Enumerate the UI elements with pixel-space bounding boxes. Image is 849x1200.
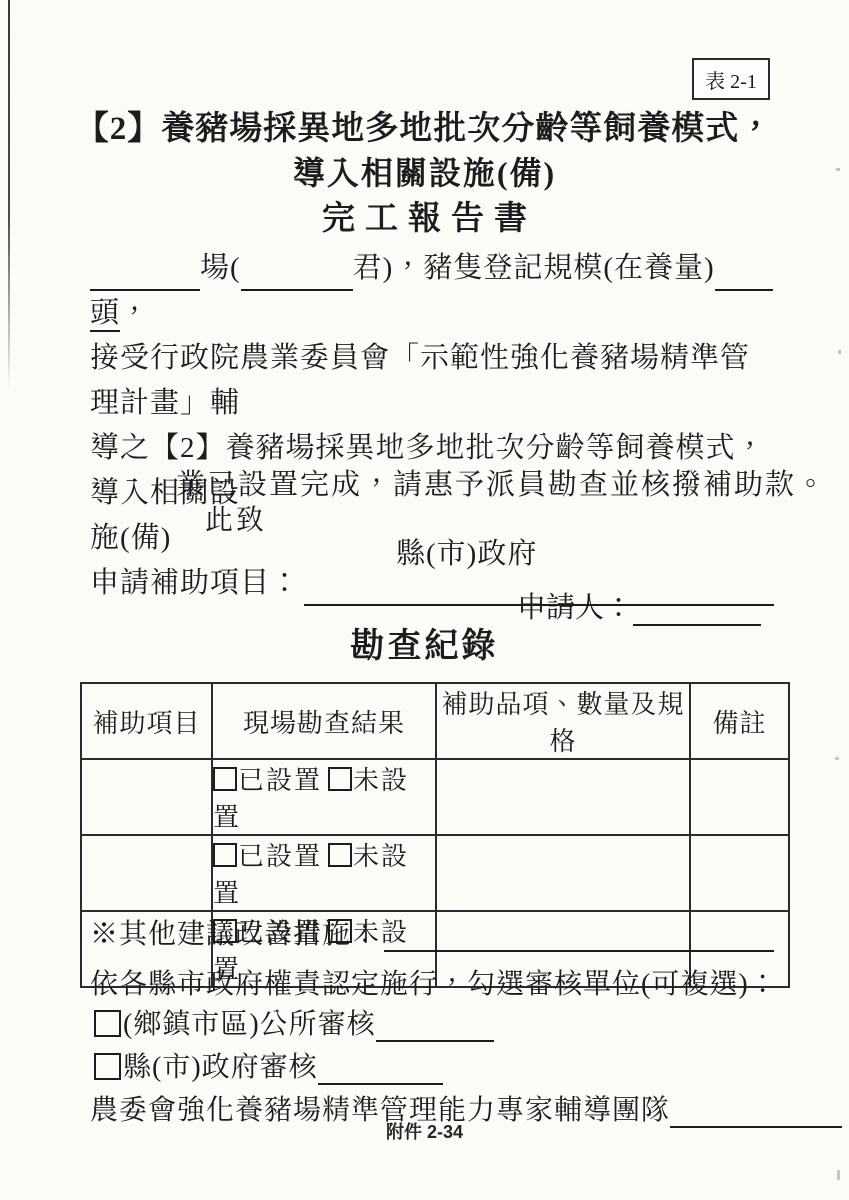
intro-line1-comma: ，: [120, 297, 150, 329]
other-suggestions-blank-field: [384, 917, 774, 952]
township-review-line: (鄉鎮市區)公所審核: [94, 1002, 494, 1042]
county-review-checkbox-icon: [94, 1053, 121, 1080]
item-qty-spec-cell: [436, 835, 690, 911]
completion-statement: 業已設置完成，請惠予派員勘查並核撥補助款。: [176, 462, 827, 503]
apply-items-label: 申請補助項目：: [90, 561, 300, 606]
table-header-row: 補助項目 現場勘查結果 補助品項、數量及規格 備註: [81, 683, 789, 759]
installed-checkbox-icon: [213, 767, 237, 791]
intro-line1-text2: 君)，豬隻登記規模(在養量): [353, 252, 715, 284]
other-suggestions-line: ※其他建議改善措施：: [90, 912, 774, 952]
scan-speck: [838, 350, 841, 354]
scanned-form-page: 表 2-1 【2】養豬場採異地多地批次分齡等飼養模式， 導入相關設施(備) 完工…: [0, 0, 849, 1200]
scan-speck: [837, 1170, 840, 1180]
county-review-blank-field: [318, 1053, 443, 1085]
table-row: 已設置未設置: [81, 759, 789, 835]
survey-record-heading: 勘查紀錄: [0, 618, 849, 667]
not-installed-checkbox-icon: [328, 767, 352, 791]
col-header-item-qty-spec: 補助品項、數量及規格: [436, 683, 690, 759]
installed-label: 已設置: [238, 842, 322, 871]
review-unit-intro: 依各縣市政府權責認定施行，勾選審核單位(可複選)：: [90, 962, 778, 1002]
subsidy-item-cell: [81, 835, 212, 911]
site-result-cell: 已設置未設置: [212, 835, 436, 911]
form-title-line3: 完工報告書: [0, 192, 849, 239]
intro-line1: 場(君)，豬隻登記規模(在養量)頭，: [90, 246, 774, 336]
scan-speck: [835, 757, 839, 760]
county-review-label: 縣(市)政府審核: [123, 1045, 318, 1085]
farm-name-blank-field: [90, 259, 200, 291]
remarks-cell: [690, 835, 789, 911]
not-installed-checkbox-icon: [328, 843, 352, 867]
form-title-line1: 【2】養豬場採異地多地批次分齡等飼養模式，: [0, 102, 849, 149]
site-result-cell: 已設置未設置: [212, 759, 436, 835]
government-label: 縣(市)政府: [396, 531, 537, 572]
intro-line1-text: 場(: [200, 252, 241, 284]
table-row: 已設置未設置: [81, 835, 789, 911]
subsidy-item-cell: [81, 759, 212, 835]
township-review-label: (鄉鎮市區)公所審核: [123, 1002, 376, 1042]
installed-checkbox-icon: [213, 843, 237, 867]
intro-line2: 接受行政院農業委員會「示範性強化養豬場精準管理計畫」輔: [90, 336, 774, 426]
township-review-checkbox-icon: [94, 1010, 121, 1037]
attachment-page-number: 附件 2-34: [0, 1118, 849, 1144]
owner-name-blank-field: [241, 259, 353, 291]
table-number-label: 表 2-1: [705, 65, 757, 94]
col-header-subsidy-item: 補助項目: [81, 683, 212, 759]
township-review-blank-field: [376, 1010, 494, 1042]
salutation-label: 此致: [205, 498, 267, 538]
head-unit-label: 頭: [90, 297, 120, 332]
other-suggestions-label: ※其他建議改善措施：: [90, 912, 380, 952]
col-header-site-result: 現場勘查結果: [212, 683, 436, 759]
head-count-blank-field: [715, 259, 773, 291]
county-review-line: 縣(市)政府審核: [94, 1045, 443, 1085]
col-header-remarks: 備註: [690, 683, 789, 759]
table-number-tag: 表 2-1: [692, 58, 770, 100]
remarks-cell: [690, 759, 789, 835]
item-qty-spec-cell: [436, 759, 690, 835]
installed-label: 已設置: [238, 766, 322, 795]
form-title-line2: 導入相關設施(備): [0, 148, 849, 194]
